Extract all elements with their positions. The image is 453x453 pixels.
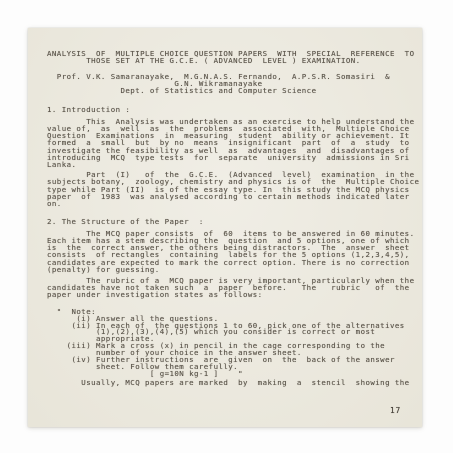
document-page: ANALYSIS OF MULTIPLE CHOICE QUESTION PAP… [28, 28, 422, 427]
page-number: 17 [390, 406, 408, 415]
section-2-heading: 2. The Structure of the Paper : [47, 218, 408, 225]
rubric-note-block: " Note: (i) Answer all the questions. (i… [47, 309, 408, 378]
closing-paragraph: Usually, MCQ papers are marked by making… [47, 379, 408, 386]
document-authors: Prof. V.K. Samaranayake, M.G.N.A.S. Fern… [47, 73, 408, 95]
structure-paragraph-2: The rubric of a MCQ paper is very import… [47, 277, 408, 299]
document-title: ANALYSIS OF MULTIPLE CHOICE QUESTION PAP… [47, 50, 408, 64]
section-1-heading: 1. Introduction : [47, 106, 408, 113]
intro-paragraph-1: This Analysis was undertaken as an exerc… [47, 118, 408, 168]
intro-paragraph-2: Part (I) of the G.C.E. (Advanced level) … [47, 171, 408, 207]
scan-background: ANALYSIS OF MULTIPLE CHOICE QUESTION PAP… [0, 0, 453, 453]
structure-paragraph-1: The MCQ paper consists of 60 items to be… [47, 230, 408, 273]
